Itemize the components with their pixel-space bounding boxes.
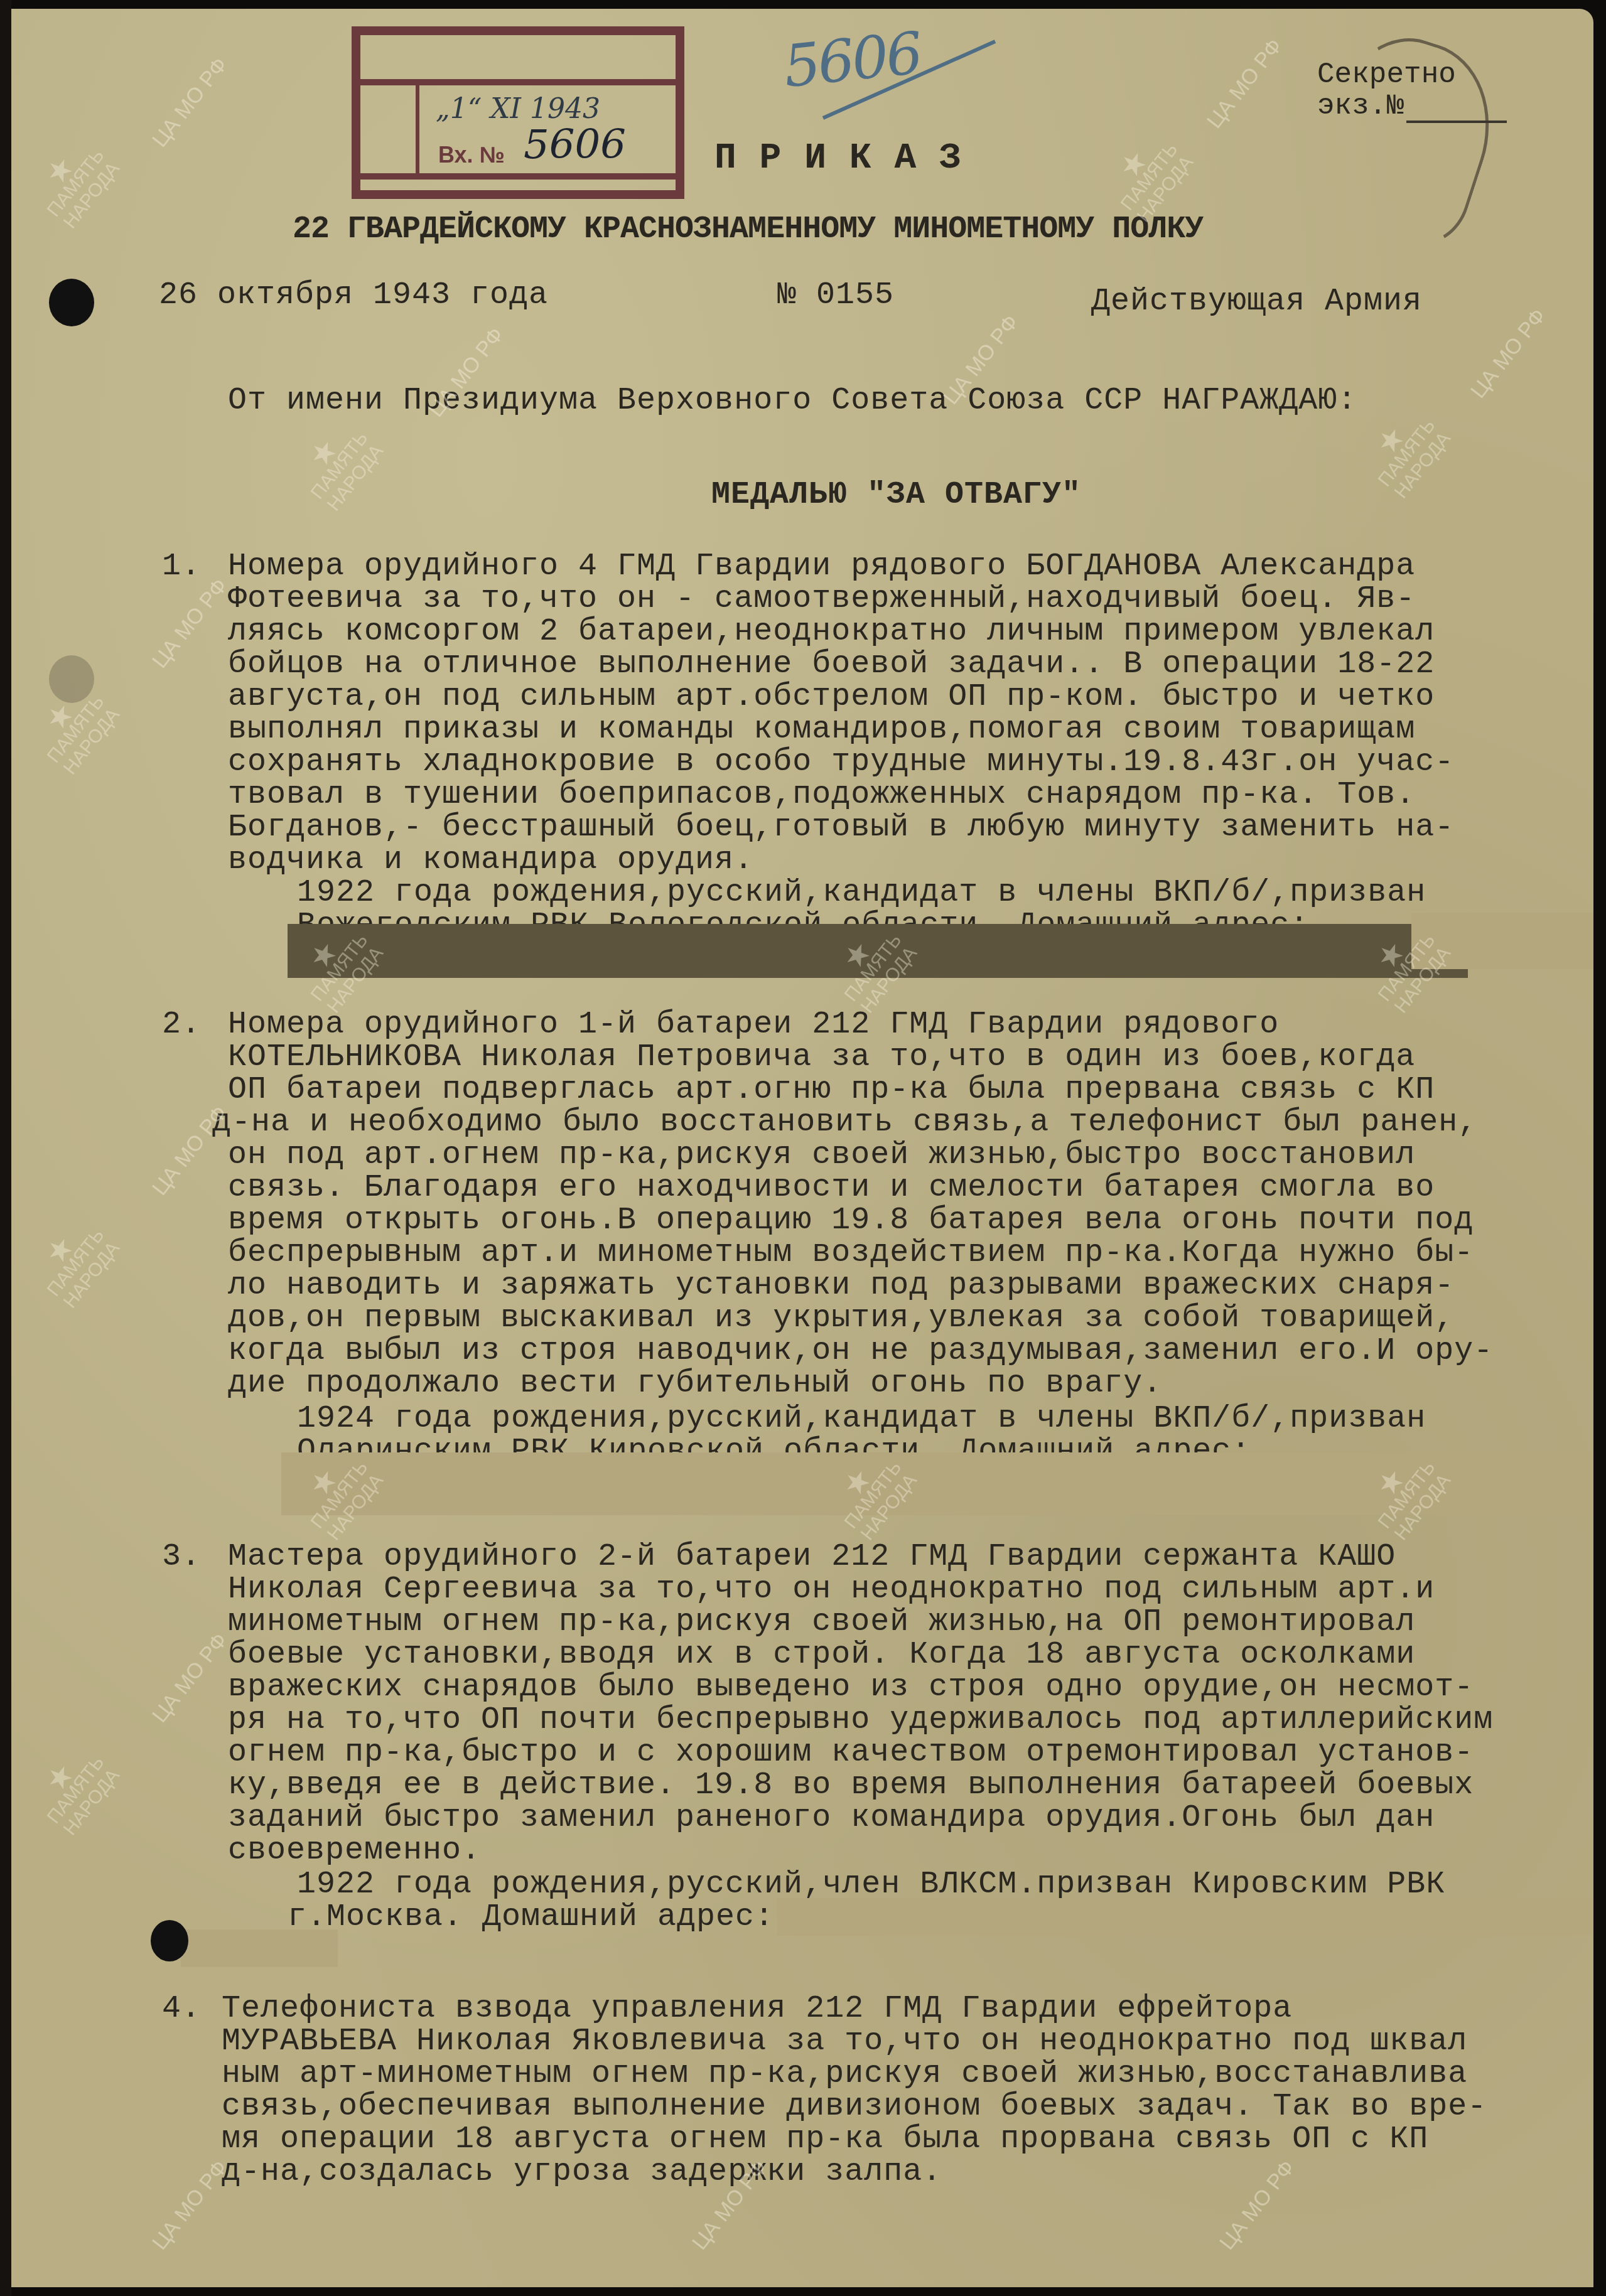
bio-line: 1924 года рождения,русский,кандидат в чл… (297, 1402, 1426, 1436)
entry-line: ку,введя ее в действие. 19.8 во время вы… (228, 1769, 1474, 1803)
entry-line: ным арт-минометным огнем пр-ка,рискуя св… (222, 2057, 1467, 2091)
archive-watermark: ЦА МО РФ (148, 1629, 232, 1728)
entry-line: Николая Сергеевича за то,что он неоднокр… (228, 1573, 1435, 1607)
scan-edge (0, 0, 11, 2296)
entry-line: время открыть огонь.В операцию 19.8 бата… (228, 1204, 1474, 1238)
watermark-text: НАРОДА (60, 158, 124, 232)
punch-hole (151, 1920, 188, 1961)
archive-watermark: ЦА МО РФ (148, 2156, 232, 2255)
entry-line: беспрерывным арт.и минометным воздействи… (228, 1237, 1474, 1270)
handwritten-number: 5606 (780, 19, 924, 100)
stamp-divider (360, 79, 676, 85)
entry-line: Богданов,- бесстрашный боец,готовый в лю… (228, 811, 1454, 845)
redaction-bar (181, 1929, 338, 1967)
entry-line: заданий быстро заменил раненого командир… (228, 1801, 1435, 1835)
stamp-incoming-label: Вх. № (438, 142, 505, 168)
archive-watermark: ЦА МО РФ (1466, 304, 1551, 404)
watermark-text: ПАМЯТЬ (1374, 416, 1440, 491)
watermark-text: НАРОДА (1391, 428, 1455, 502)
project-watermark: ★ ПАМЯТЬ НАРОДА (291, 416, 387, 516)
redaction-bar (288, 924, 1468, 978)
stamp-date: „1“ XI 1943 (436, 93, 600, 125)
watermark-text: НАРОДА (60, 1238, 124, 1312)
entry-line: Телефониста взвода управления 212 ГМД Гв… (222, 1992, 1292, 2026)
archive-watermark: ЦА МО РФ (148, 53, 232, 153)
watermark-text: ПАМЯТЬ (1117, 139, 1182, 215)
signature-scribble (1303, 21, 1513, 254)
entry-line: минометным огнем пр-ка,рискуя своей жизн… (228, 1606, 1415, 1639)
star-icon: ★ (28, 1741, 92, 1815)
order-number: № 0155 (777, 279, 894, 313)
stamp-divider (360, 173, 676, 180)
award-heading: МЕДАЛЬЮ "ЗА ОТВАГУ" (711, 478, 1081, 512)
order-date: 26 октября 1943 года (159, 279, 548, 313)
watermark-text: ПАМЯТЬ (43, 692, 109, 767)
entry-line: боевые установки,вводя их в строй. Когда… (228, 1638, 1415, 1672)
entry-line: дие продолжало вести губительный огонь п… (228, 1367, 1162, 1401)
bio-line: 1922 года рождения,русский,кандидат в чл… (297, 876, 1426, 910)
watermark-text: ПАМЯТЬ (43, 1225, 109, 1301)
stamp-divider (416, 79, 419, 180)
star-icon: ★ (28, 134, 92, 208)
entry-line: водчика и командира орудия. (228, 844, 753, 877)
star-icon: ★ (291, 416, 356, 491)
order-location: Действующая Армия (1091, 285, 1422, 319)
watermark-text: ПАМЯТЬ (43, 146, 109, 221)
redaction-bar (777, 1898, 1593, 1936)
entry-line: ОП батареи подверглась арт.огню пр-ка бы… (228, 1073, 1435, 1107)
entry-line: вражеских снарядов было выведено из стро… (228, 1671, 1474, 1705)
watermark-text: НАРОДА (323, 441, 387, 515)
preamble: От имени Президиума Верховного Совета Со… (228, 384, 1357, 418)
watermark-text: НАРОДА (60, 704, 124, 778)
punch-hole (49, 279, 94, 326)
bio-line: 1922 года рождения,русский,член ВЛКСМ.пр… (297, 1868, 1445, 1902)
document-subtitle: 22 ГВАРДЕЙСКОМУ КРАСНОЗНАМЕННОМУ МИНОМЕТ… (293, 213, 1203, 247)
entry-line: Номера орудийного 1-й батареи 212 ГМД Гв… (228, 1008, 1279, 1042)
document-page: „1“ XI 1943 Вх. № 5606 5606 Секретно экз… (11, 9, 1593, 2287)
entry-number: 3. (162, 1540, 201, 1574)
entry-line: выполнял приказы и команды командиров,по… (228, 713, 1415, 747)
entry-line: д-на и необходимо было восстановить связ… (212, 1106, 1477, 1140)
entry-line: Фотеевича за то,что он - самоотверженный… (228, 582, 1415, 616)
entry-line: сохранять хладнокровие в особо трудные м… (228, 746, 1454, 780)
entry-number: 4. (162, 1992, 201, 2026)
entry-line: своевременно. (228, 1834, 481, 1868)
entry-number: 1. (162, 550, 201, 584)
project-watermark: ★ ПАМЯТЬ НАРОДА (1359, 404, 1455, 503)
entry-line: Номера орудийного 4 ГМД Гвардии рядового… (228, 550, 1415, 584)
entry-line: августа,он под сильным арт.обстрелом ОП … (228, 680, 1435, 714)
entry-line: ло наводить и заряжать установки под раз… (228, 1269, 1454, 1303)
archive-watermark: ЦА МО РФ (148, 574, 232, 673)
star-icon: ★ (1359, 404, 1423, 478)
archive-watermark: ЦА МО РФ (1202, 35, 1287, 134)
entry-line: связь. Благодаря его находчивости и смел… (228, 1171, 1435, 1205)
entry-line: он под арт.огнем пр-ка,рискуя своей жизн… (228, 1139, 1415, 1172)
entry-line: связь,обеспечивая выполнение дивизионом … (222, 2090, 1487, 2124)
entry-line: когда выбыл из строя наводчик,он не разд… (228, 1334, 1493, 1368)
entry-line: Мастера орудийного 2-й батареи 212 ГМД Г… (228, 1540, 1396, 1574)
entry-line: ляясь комсоргом 2 батареи,неоднократно л… (228, 615, 1435, 649)
entry-line: МУРАВЬЕВА Николая Яковлевича за то,что о… (222, 2025, 1467, 2059)
entry-line: КОТЕЛЬНИКОВА Николая Петровича за то,что… (228, 1041, 1415, 1075)
star-icon: ★ (1101, 127, 1166, 202)
archive-watermark: ЦА МО РФ (1215, 2156, 1300, 2255)
registration-stamp: „1“ XI 1943 Вх. № 5606 (352, 26, 684, 199)
star-icon: ★ (28, 1213, 92, 1288)
watermark-text: НАРОДА (60, 1765, 124, 1839)
entry-line: ря на то,что ОП почти беспрерывно удержи… (228, 1703, 1493, 1737)
entry-line: огнем пр-ка,быстро и с хорошим качеством… (228, 1736, 1474, 1770)
entry-line: д-на,создалась угроза задержки залпа. (222, 2155, 942, 2189)
entry-line: бойцов на отличное выполнение боевой зад… (228, 648, 1435, 682)
redaction-bar (1411, 913, 1593, 969)
entry-line: мя операции 18 августа огнем пр-ка была … (222, 2123, 1428, 2157)
project-watermark: ★ ПАМЯТЬ НАРОДА (28, 1741, 124, 1840)
watermark-text: ПАМЯТЬ (307, 428, 372, 503)
project-watermark: ★ ПАМЯТЬ НАРОДА (28, 1213, 124, 1313)
watermark-text: ПАМЯТЬ (43, 1752, 109, 1828)
redaction-bar (281, 1452, 1593, 1515)
stamp-incoming-number: 5606 (524, 122, 626, 168)
entry-line: дов,он первым выскакивал из укрытия,увле… (228, 1302, 1454, 1336)
bio-line: г.Москва. Домашний адрес: (288, 1901, 774, 1934)
entry-line: твовал в тушении боеприпасов,подожженных… (228, 778, 1415, 812)
project-watermark: ★ ПАМЯТЬ НАРОДА (28, 134, 124, 233)
document-title: П Р И К А З (714, 142, 962, 176)
punch-hole (49, 655, 94, 703)
entry-number: 2. (162, 1008, 201, 1042)
